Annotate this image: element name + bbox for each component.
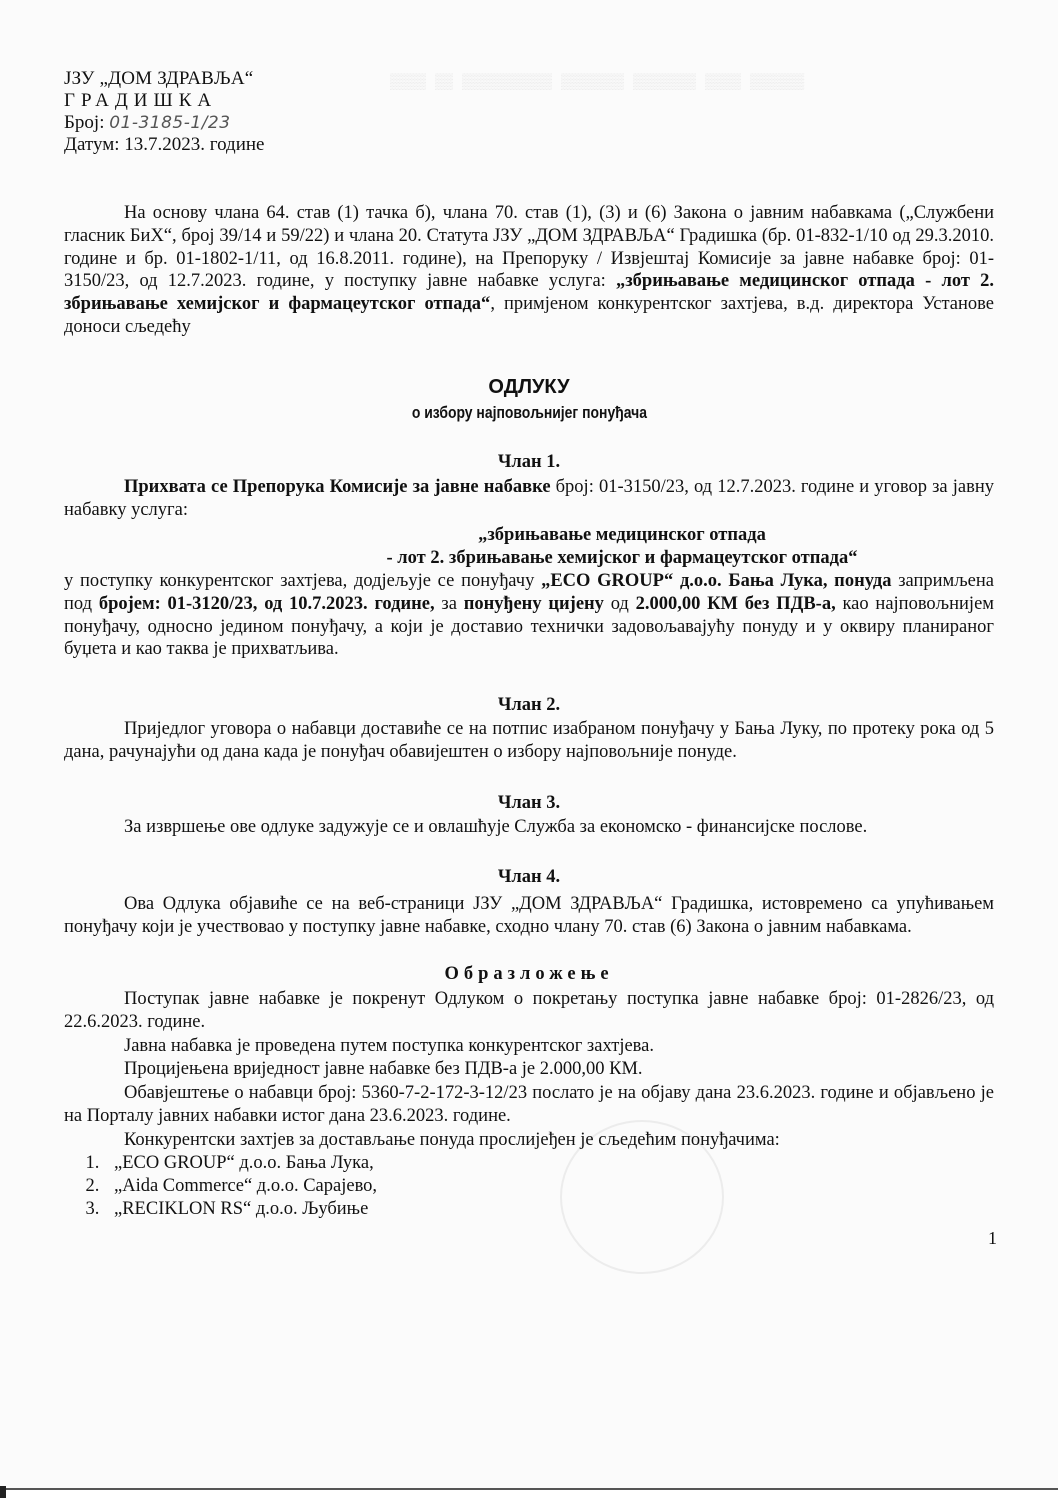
article-2-heading: Члан 2. [498,695,560,715]
awarded-bidder: „ECO GROUP“ д.о.о. Бања Лука, понуда [541,571,891,591]
subject-line-1: „збрињавање медицинског отпада [250,524,994,547]
date-label: Датум: [64,134,120,155]
article-3-text: За извршење ове одлуке задужује се и овл… [64,816,994,839]
article-1-intro: Прихвата се Препорука Комисије за јавне … [64,476,994,522]
bidder-item: „ECO GROUP“ д.о.о. Бања Лука, [104,1152,994,1175]
bidder-item: „Aida Commerce“ д.о.о. Сарајево, [104,1175,994,1198]
bidder-list: „ECO GROUP“ д.о.о. Бања Лука, „Aida Comm… [64,1152,994,1220]
reasoning-paragraph-1: Поступак јавне набавке је покренут Одлук… [64,988,994,1034]
bleed-through-text: ▒▒▒▒ ▒▒ ▒▒▒▒▒▒▒▒▒▒ ▒▒▒▒▒▒▒ ▒▒▒▒▒▒▒ ▒▒▒▒ … [390,74,804,91]
title-main: ОДЛУКУ [64,376,994,399]
award-text-4: од [604,594,636,614]
article-1-heading: Члан 1. [498,452,560,472]
article-4-text: Ова Одлука објавиће се на веб-страници Ј… [64,893,994,939]
offer-reference: бројем: 01-3120/23, од 10.7.2023. године… [99,594,435,614]
article-2-heading-wrap: Члан 2. [64,694,994,717]
document-page: ▒▒▒▒ ▒▒ ▒▒▒▒▒▒▒▒▒▒ ▒▒▒▒▒▒▒ ▒▒▒▒▒▒▒ ▒▒▒▒ … [0,0,1058,1498]
award-text: у поступку конкурентског захтјева, додје… [64,571,541,591]
reasoning-heading: Образложење [444,964,613,984]
article-4-heading-wrap: Члан 4. [64,866,994,889]
offered-price: 2.000,00 КМ без ПДВ-а, [636,594,836,614]
article-4-heading: Члан 4. [498,867,560,887]
institution-city: ГРАДИШКА [64,90,264,112]
preamble: На основу члана 64. став (1) тачка б), ч… [64,202,994,339]
article-1-bold-start: Прихвата се Препорука Комисије за јавне … [124,477,551,497]
decision-subtitle-wrap: о избору најповољнијег понуђача [64,402,994,425]
reasoning-paragraph-2: Јавна набавка је проведена путем поступк… [64,1035,994,1058]
handwritten-number: 01-3185-1/23 [109,113,230,133]
reasoning-paragraph-5: Конкурентски захтјев за достављање понуд… [64,1129,994,1152]
award-text-3: за [435,594,464,614]
page-number: 1 [988,1228,997,1249]
document-date: Датум: 13.7.2023. године [64,134,264,156]
price-label: понуђену цијену [464,594,604,614]
reasoning-paragraph-3: Процијењена вриједност јавне набавке без… [64,1058,994,1081]
document-header: ЈЗУ „ДОМ ЗДРАВЉА“ ГРАДИШКА Број: 01-3185… [64,68,264,156]
article-1-subject: „збрињавање медицинског отпада - лот 2. … [250,524,994,570]
article-2-text: Приједлог уговора о набавци доставиће се… [64,718,994,764]
reasoning-paragraph-4: Обавјештење о набавци број: 5360-7-2-172… [64,1082,994,1128]
decision-title: ОДЛУКУ [64,376,994,399]
article-1-heading-wrap: Члан 1. [64,451,994,474]
page-bottom-edge [0,1488,1058,1498]
article-3-heading: Члан 3. [498,793,560,813]
reasoning-heading-wrap: Образложење [64,963,994,986]
institution-name: ЈЗУ „ДОМ ЗДРАВЉА“ [64,68,264,90]
subject-line-2: - лот 2. збрињавање хемијског и фармацеу… [250,547,994,570]
decision-subtitle: о избору најповољнијег понуђача [411,402,646,425]
date-value: 13.7.2023. године [124,134,264,155]
article-1-award: у поступку конкурентског захтјева, додје… [64,570,994,661]
bidder-item: „RECIKLON RS“ д.о.о. Љубиње [104,1198,994,1221]
document-number: Број: 01-3185-1/23 [64,112,264,134]
article-3-heading-wrap: Члан 3. [64,792,994,815]
number-label: Број: [64,112,104,133]
scan-mark [0,1486,6,1498]
